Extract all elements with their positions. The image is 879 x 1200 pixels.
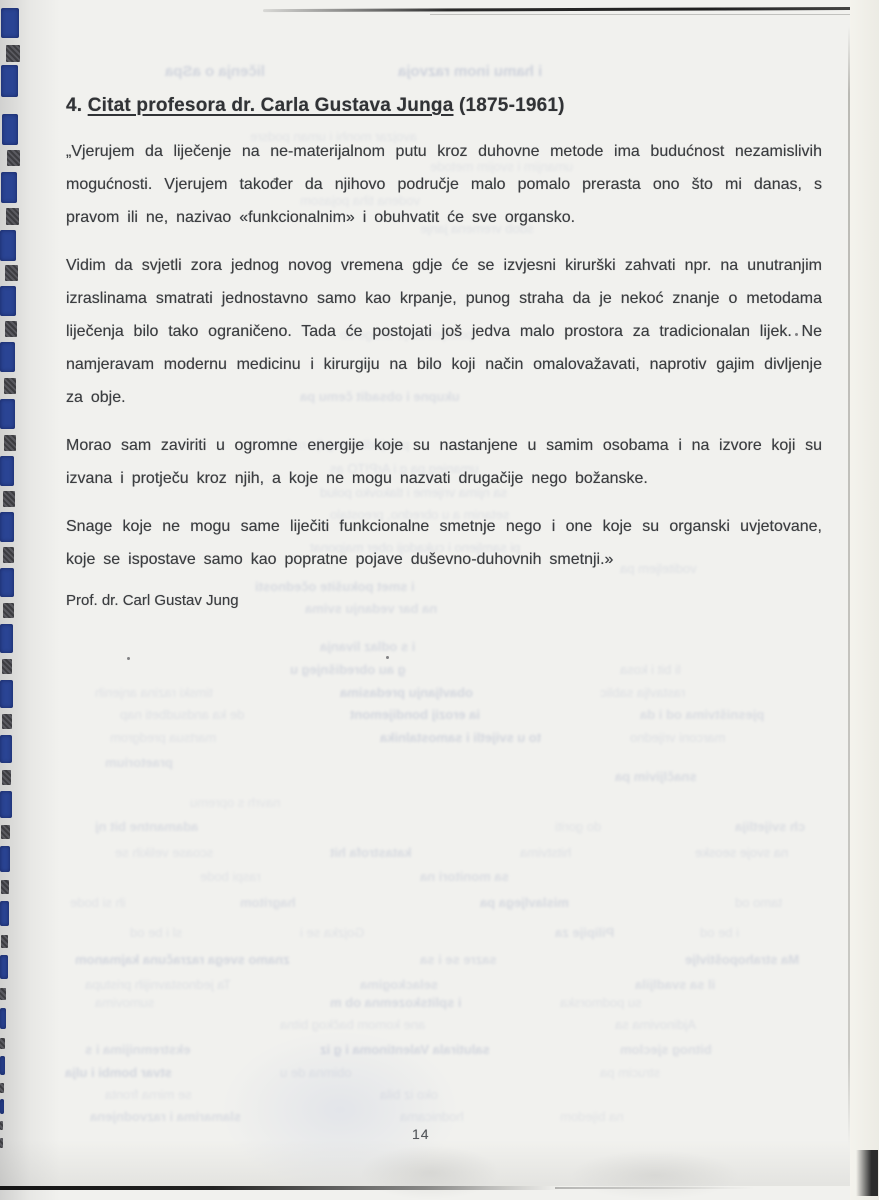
bleedthrough-text: hagritom: [240, 896, 296, 909]
binding-mark-blue: [0, 456, 14, 486]
bleedthrough-text: ličenja o aSpa: [165, 64, 265, 79]
binding-mark-blue: [0, 230, 16, 261]
scan-corner-bottom-right: [856, 1150, 878, 1196]
bleedthrough-text: su podmorska: [560, 996, 642, 1009]
bleedthrough-text: na bijedom: [560, 1110, 624, 1123]
binding-mark-dark: [6, 208, 19, 225]
binding-mark-blue: [0, 901, 9, 926]
section-title: 4. Citat profesora dr. Carla Gustava Jun…: [66, 95, 822, 117]
scan-speck: [127, 657, 130, 660]
bleedthrough-text: ch svijetlija: [735, 820, 805, 833]
bleedthrough-text: selackogima: [360, 978, 438, 991]
bleedthrough-text: ia erozij bondijemont: [350, 708, 480, 721]
bleedthrough-text: ih si bode: [70, 896, 126, 909]
binding-mark-dark: [1, 935, 8, 948]
scan-bottom-edge-faint: [555, 1187, 755, 1189]
bleedthrough-text: hitstvima: [520, 846, 571, 859]
bleedthrough-text: sa monitori na: [420, 870, 509, 883]
binding-mark-dark: [7, 150, 20, 166]
binding-mark-blue: [0, 399, 15, 429]
binding-mark-blue: [0, 286, 16, 316]
bleedthrough-text: raspi bode: [200, 870, 261, 883]
scanned-page: ličenja o aSpai hamu inom razvojaavojzar…: [0, 0, 879, 1200]
binding-mark-blue: [1, 65, 18, 97]
bleedthrough-text: i splitskozemna ob m: [330, 996, 461, 1009]
bleedthrough-text: salutirala Valentinoma i g iz: [320, 1043, 490, 1056]
section-title-years: (1875-1961): [459, 95, 565, 116]
bleedthrough-text: Ta jednostavnijih pristupa: [85, 978, 231, 991]
binding-mark-dark: [0, 1121, 3, 1130]
scan-smudge: [360, 1145, 500, 1200]
quote-paragraph: Snage koje ne mogu same liječiti funkcio…: [66, 510, 822, 576]
bleedthrough-text: ekstremnijima i s: [85, 1043, 191, 1056]
binding-mark-dark: [0, 988, 6, 1000]
bleedthrough-text: oko iz bila: [380, 1088, 438, 1101]
bleedthrough-text: il sa svadljila: [635, 978, 715, 991]
quote-paragraph: Vidim da svjetli zora jednog novog vreme…: [66, 249, 822, 414]
binding-mark-dark: [5, 265, 18, 281]
binding-mark-dark: [1, 880, 9, 894]
binding-mark-blue: [0, 846, 10, 872]
bleedthrough-text: hodnicama: [400, 1110, 464, 1123]
bleedthrough-text: znamo svega razračuna kajmanom: [75, 953, 290, 966]
bleedthrough-text: tamo od: [735, 896, 782, 909]
bleedthrough-text: obimna de u: [280, 1066, 352, 1079]
bleedthrough-text: mislavljega pa: [480, 896, 569, 909]
binding-mark-dark: [2, 659, 12, 674]
binding-mark-dark: [2, 714, 12, 729]
binding-mark-dark: [4, 378, 16, 394]
binding-mark-dark: [3, 547, 14, 563]
binding-mark-blue: [0, 1008, 6, 1029]
scan-smudge: [570, 1150, 740, 1200]
bleedthrough-text: ane komom bačkog bitna: [280, 1018, 425, 1031]
page-number: 14: [412, 1126, 430, 1142]
bleedthrough-text: katastrofa hit: [330, 846, 412, 859]
section-number: 4.: [66, 95, 82, 116]
bleedthrough-text: na svoje seoske: [695, 846, 788, 859]
binding-mark-dark: [3, 603, 14, 618]
bleedthrough-text: li bit i kosa: [620, 663, 681, 676]
binding-mark-blue: [0, 512, 14, 542]
section-title-text: Citat profesora dr. Carla Gustava Junga: [88, 95, 454, 116]
bleedthrough-text: sumovima: [95, 996, 154, 1009]
bleedthrough-text: scoase velikih se: [115, 846, 213, 859]
bleedthrough-text: adamantne bit nj: [95, 820, 198, 833]
signature-line: Prof. dr. Carl Gustav Jung: [66, 592, 822, 609]
scan-speck: [386, 656, 389, 659]
binding-mark-blue: [0, 735, 12, 763]
quote-paragraph: „Vjerujem da liječenje na ne-materijalno…: [66, 135, 822, 234]
bleedthrough-text: slamarima i razvodnjena: [90, 1110, 241, 1123]
bleedthrough-text: sazre se i sa: [420, 953, 497, 966]
binding-mark-blue: [0, 791, 12, 818]
scanner-margin: [850, 0, 879, 1200]
bleedthrough-text: i s odlaz livanja: [320, 640, 415, 653]
bleedthrough-text: navrh s opremu: [190, 796, 280, 809]
bleedthrough-text: bitnog sjeclom: [620, 1043, 712, 1056]
binding-mark-blue: [0, 1056, 5, 1075]
bleedthrough-text: sl i be od: [130, 926, 182, 939]
binding-mark-dark: [1, 825, 10, 839]
bleedthrough-text: i hamu inom razvoja: [398, 64, 542, 79]
bleedthrough-text: Ma strahopoštivlje: [685, 953, 799, 966]
bleedthrough-text: snačljivim pa: [615, 770, 697, 783]
bleedthrough-text: Ajdinovima sa: [615, 1018, 696, 1031]
binding-mark-dark: [4, 435, 16, 451]
bleedthrough-text: i be od: [700, 926, 739, 939]
binding-mark-blue: [1, 8, 19, 38]
binding-mark-dark: [6, 45, 20, 62]
binding-mark-blue: [0, 1099, 4, 1114]
binding-mark-blue: [0, 342, 15, 372]
binding-mark-dark: [3, 491, 15, 507]
binding-mark-blue: [1, 172, 17, 203]
bleedthrough-text: to u svijetli i samostalnika: [380, 731, 541, 744]
binding-mark-dark: [5, 321, 17, 337]
bleedthrough-text: de ka andsudbeti nap: [120, 708, 244, 721]
bleedthrough-text: strucim pa: [600, 1066, 660, 1079]
scan-top-edge-faint: [430, 14, 879, 15]
bleedthrough-text: marconi vrijedno: [630, 731, 725, 744]
bleedthrough-text: martsua predgrom: [110, 731, 216, 744]
binding-mark-dark: [0, 1138, 3, 1148]
bleedthrough-text: Gojzka se i: [300, 926, 364, 939]
binding-mark-dark: [2, 770, 11, 785]
binding-mark-blue: [0, 568, 14, 597]
bleedthrough-text: se mirna fronta: [105, 1088, 192, 1101]
bleedthrough-text: pjesništvima od i da: [640, 708, 764, 721]
bleedthrough-text: do goriti: [555, 820, 601, 833]
bleedthrough-text: g au obredišnjeg u: [290, 663, 406, 676]
quote-paragraph: Morao sam zaviriti u ogromne energije ko…: [66, 429, 822, 495]
bleedthrough-text: praetorium: [105, 756, 173, 769]
binding-mark-dark: [0, 1083, 4, 1093]
binding-mark-blue: [0, 680, 13, 708]
scan-bottom-edge: [0, 1186, 560, 1190]
document-content: 4. Citat profesora dr. Carla Gustava Jun…: [66, 95, 822, 609]
binding-mark-blue: [2, 114, 18, 145]
binding-mark-blue: [0, 624, 13, 653]
bleedthrough-text: timski razina anjenih: [95, 686, 213, 699]
bleedthrough-text: stvar bombi i ulja: [65, 1066, 172, 1079]
binding-mark-blue: [0, 955, 8, 979]
bleedthrough-text: obavljanju predasima: [340, 686, 473, 699]
binding-mark-dark: [0, 1038, 5, 1049]
bleedthrough-text: Pilipije za: [555, 926, 614, 939]
bleedthrough-text: rastavlja sablic: [600, 686, 685, 699]
